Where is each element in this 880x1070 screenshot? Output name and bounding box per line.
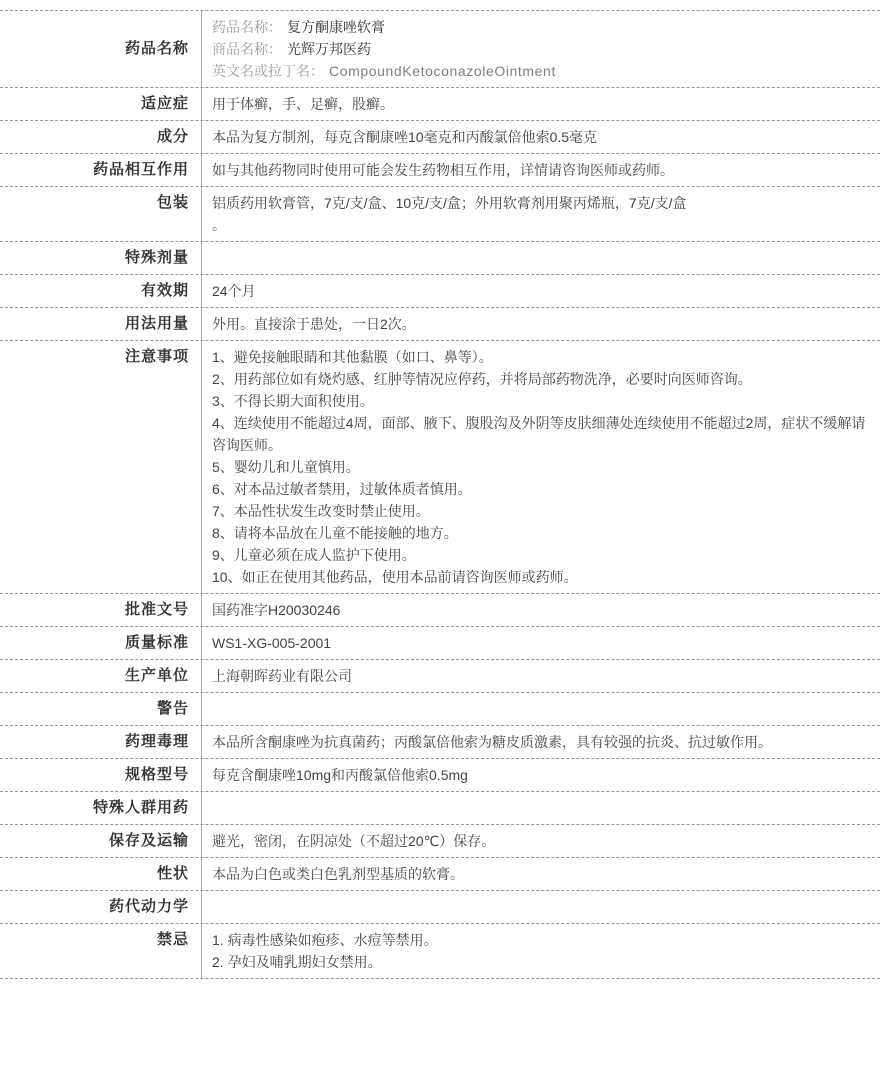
table-row: 适应症用于体癣，手、足癣，股癣。 [0, 88, 880, 121]
table-row: 注意事项1、避免接触眼睛和其他黏膜（如口、鼻等）。2、用药部位如有烧灼感、红肿等… [0, 341, 880, 594]
row-label: 药品相互作用 [0, 154, 202, 186]
table-row: 质量标准WS1-XG-005-2001 [0, 627, 880, 660]
row-label-text: 适应症 [141, 94, 189, 114]
table-row: 性状本品为白色或类白色乳剂型基质的软膏。 [0, 858, 880, 891]
value-line: 4、连续使用不能超过4周，面部、腋下、腹股沟及外阴等皮肤细薄处连续使用不能超过2… [212, 412, 866, 456]
row-label: 药代动力学 [0, 891, 202, 923]
row-label-text: 性状 [157, 864, 189, 884]
row-label: 特殊剂量 [0, 242, 202, 274]
row-value: 国药准字H20030246 [202, 594, 880, 626]
value-line: 8、请将本品放在儿童不能接触的地方。 [212, 522, 866, 544]
field-value: CompoundKetoconazoleOintment [329, 63, 556, 79]
field-line: 药品名称：复方酮康唑软膏 [212, 16, 866, 38]
row-label-text: 规格型号 [125, 765, 189, 785]
row-label-text: 有效期 [141, 281, 189, 301]
field-name: 药品名称： [212, 19, 282, 35]
row-label: 批准文号 [0, 594, 202, 626]
table-row: 批准文号国药准字H20030246 [0, 594, 880, 627]
row-label: 包装 [0, 187, 202, 241]
field-value: 复方酮康唑软膏 [287, 19, 385, 35]
row-label-text: 药理毒理 [125, 732, 189, 752]
field-name: 英文名或拉丁名： [212, 63, 324, 79]
row-label: 生产单位 [0, 660, 202, 692]
row-label-text: 特殊剂量 [125, 248, 189, 268]
value-line: 2. 孕妇及哺乳期妇女禁用。 [212, 951, 866, 973]
row-value: 铝质药用软膏管，7克/支/盒、10克/支/盒；外用软膏剂用聚丙烯瓶，7克/支/盒… [202, 187, 880, 241]
row-value: 24个月 [202, 275, 880, 307]
row-value: WS1-XG-005-2001 [202, 627, 880, 659]
table-row: 规格型号每克含酮康唑10mg和丙酸氯倍他索0.5mg [0, 759, 880, 792]
row-label: 药品名称 [0, 11, 202, 87]
value-line: 2、用药部位如有烧灼感、红肿等情况应停药，并将局部药物洗净，必要时向医师咨询。 [212, 368, 866, 390]
row-value: 避光，密闭，在阴凉处（不超过20℃）保存。 [202, 825, 880, 857]
row-label: 注意事项 [0, 341, 202, 593]
field-line: 商品名称：光辉万邦医药 [212, 38, 866, 60]
table-row: 有效期24个月 [0, 275, 880, 308]
row-value [202, 792, 880, 824]
table-row: 用法用量外用。直接涂于患处，一日2次。 [0, 308, 880, 341]
row-label: 药理毒理 [0, 726, 202, 758]
row-value: 如与其他药物同时使用可能会发生药物相互作用，详情请咨询医师或药师。 [202, 154, 880, 186]
value-line: 1. 病毒性感染如疱疹、水痘等禁用。 [212, 929, 866, 951]
row-value: 药品名称：复方酮康唑软膏商品名称：光辉万邦医药英文名或拉丁名：CompoundK… [202, 11, 880, 87]
row-label-text: 保存及运输 [109, 831, 189, 851]
table-row: 生产单位上海朝晖药业有限公司 [0, 660, 880, 693]
row-label: 质量标准 [0, 627, 202, 659]
field-name: 商品名称： [212, 41, 282, 57]
table-row: 特殊人群用药 [0, 792, 880, 825]
row-label: 警告 [0, 693, 202, 725]
row-label-text: 成分 [157, 127, 189, 147]
row-label: 规格型号 [0, 759, 202, 791]
value-line: 7、本品性状发生改变时禁止使用。 [212, 500, 866, 522]
field-value: 光辉万邦医药 [287, 41, 371, 57]
value-line: 9、儿童必须在成人监护下使用。 [212, 544, 866, 566]
row-label: 用法用量 [0, 308, 202, 340]
drug-info-table: 药品名称药品名称：复方酮康唑软膏商品名称：光辉万邦医药英文名或拉丁名：Compo… [0, 10, 880, 979]
table-row: 特殊剂量 [0, 242, 880, 275]
row-value: 本品为复方制剂，每克含酮康唑10毫克和丙酸氯倍他索0.5毫克 [202, 121, 880, 153]
table-row: 成分本品为复方制剂，每克含酮康唑10毫克和丙酸氯倍他索0.5毫克 [0, 121, 880, 154]
value-line: 3、不得长期大面积使用。 [212, 390, 866, 412]
row-value [202, 891, 880, 923]
value-line: 。 [212, 214, 866, 236]
row-label-text: 药品名称 [125, 39, 189, 59]
row-value: 上海朝晖药业有限公司 [202, 660, 880, 692]
table-row: 药理毒理本品所含酮康唑为抗真菌药；丙酸氯倍他索为糖皮质激素，具有较强的抗炎、抗过… [0, 726, 880, 759]
table-row: 药品相互作用如与其他药物同时使用可能会发生药物相互作用，详情请咨询医师或药师。 [0, 154, 880, 187]
row-value [202, 693, 880, 725]
row-label-text: 特殊人群用药 [93, 798, 189, 818]
row-label-text: 注意事项 [125, 347, 189, 367]
row-label: 性状 [0, 858, 202, 890]
value-line: 6、对本品过敏者禁用，过敏体质者慎用。 [212, 478, 866, 500]
row-value: 本品所含酮康唑为抗真菌药；丙酸氯倍他索为糖皮质激素，具有较强的抗炎、抗过敏作用。 [202, 726, 880, 758]
row-label-text: 质量标准 [125, 633, 189, 653]
row-value: 1、避免接触眼睛和其他黏膜（如口、鼻等）。2、用药部位如有烧灼感、红肿等情况应停… [202, 341, 880, 593]
row-label: 禁忌 [0, 924, 202, 978]
row-label: 有效期 [0, 275, 202, 307]
field-line: 英文名或拉丁名：CompoundKetoconazoleOintment [212, 60, 866, 82]
row-label-text: 批准文号 [125, 600, 189, 620]
table-row: 药品名称药品名称：复方酮康唑软膏商品名称：光辉万邦医药英文名或拉丁名：Compo… [0, 11, 880, 88]
row-label: 特殊人群用药 [0, 792, 202, 824]
table-row: 包装铝质药用软膏管，7克/支/盒、10克/支/盒；外用软膏剂用聚丙烯瓶，7克/支… [0, 187, 880, 242]
row-label: 适应症 [0, 88, 202, 120]
row-label-text: 包装 [157, 193, 189, 213]
row-label-text: 生产单位 [125, 666, 189, 686]
table-row: 药代动力学 [0, 891, 880, 924]
row-value: 每克含酮康唑10mg和丙酸氯倍他索0.5mg [202, 759, 880, 791]
row-label-text: 药品相互作用 [93, 160, 189, 180]
value-line: 5、婴幼儿和儿童慎用。 [212, 456, 866, 478]
row-value: 外用。直接涂于患处，一日2次。 [202, 308, 880, 340]
row-value: 用于体癣，手、足癣，股癣。 [202, 88, 880, 120]
row-value: 1. 病毒性感染如疱疹、水痘等禁用。2. 孕妇及哺乳期妇女禁用。 [202, 924, 880, 978]
row-label: 保存及运输 [0, 825, 202, 857]
table-row: 保存及运输避光，密闭，在阴凉处（不超过20℃）保存。 [0, 825, 880, 858]
row-label-text: 用法用量 [125, 314, 189, 334]
row-label-text: 禁忌 [157, 930, 189, 950]
value-line: 铝质药用软膏管，7克/支/盒、10克/支/盒；外用软膏剂用聚丙烯瓶，7克/支/盒 [212, 192, 866, 214]
value-line: 1、避免接触眼睛和其他黏膜（如口、鼻等）。 [212, 346, 866, 368]
row-label: 成分 [0, 121, 202, 153]
row-value: 本品为白色或类白色乳剂型基质的软膏。 [202, 858, 880, 890]
drug-info-page: 药品名称药品名称：复方酮康唑软膏商品名称：光辉万邦医药英文名或拉丁名：Compo… [0, 0, 880, 1070]
row-label-text: 警告 [157, 699, 189, 719]
table-row: 警告 [0, 693, 880, 726]
row-value [202, 242, 880, 274]
row-label-text: 药代动力学 [109, 897, 189, 917]
value-line: 10、如正在使用其他药品，使用本品前请咨询医师或药师。 [212, 566, 866, 588]
table-row: 禁忌1. 病毒性感染如疱疹、水痘等禁用。2. 孕妇及哺乳期妇女禁用。 [0, 924, 880, 979]
